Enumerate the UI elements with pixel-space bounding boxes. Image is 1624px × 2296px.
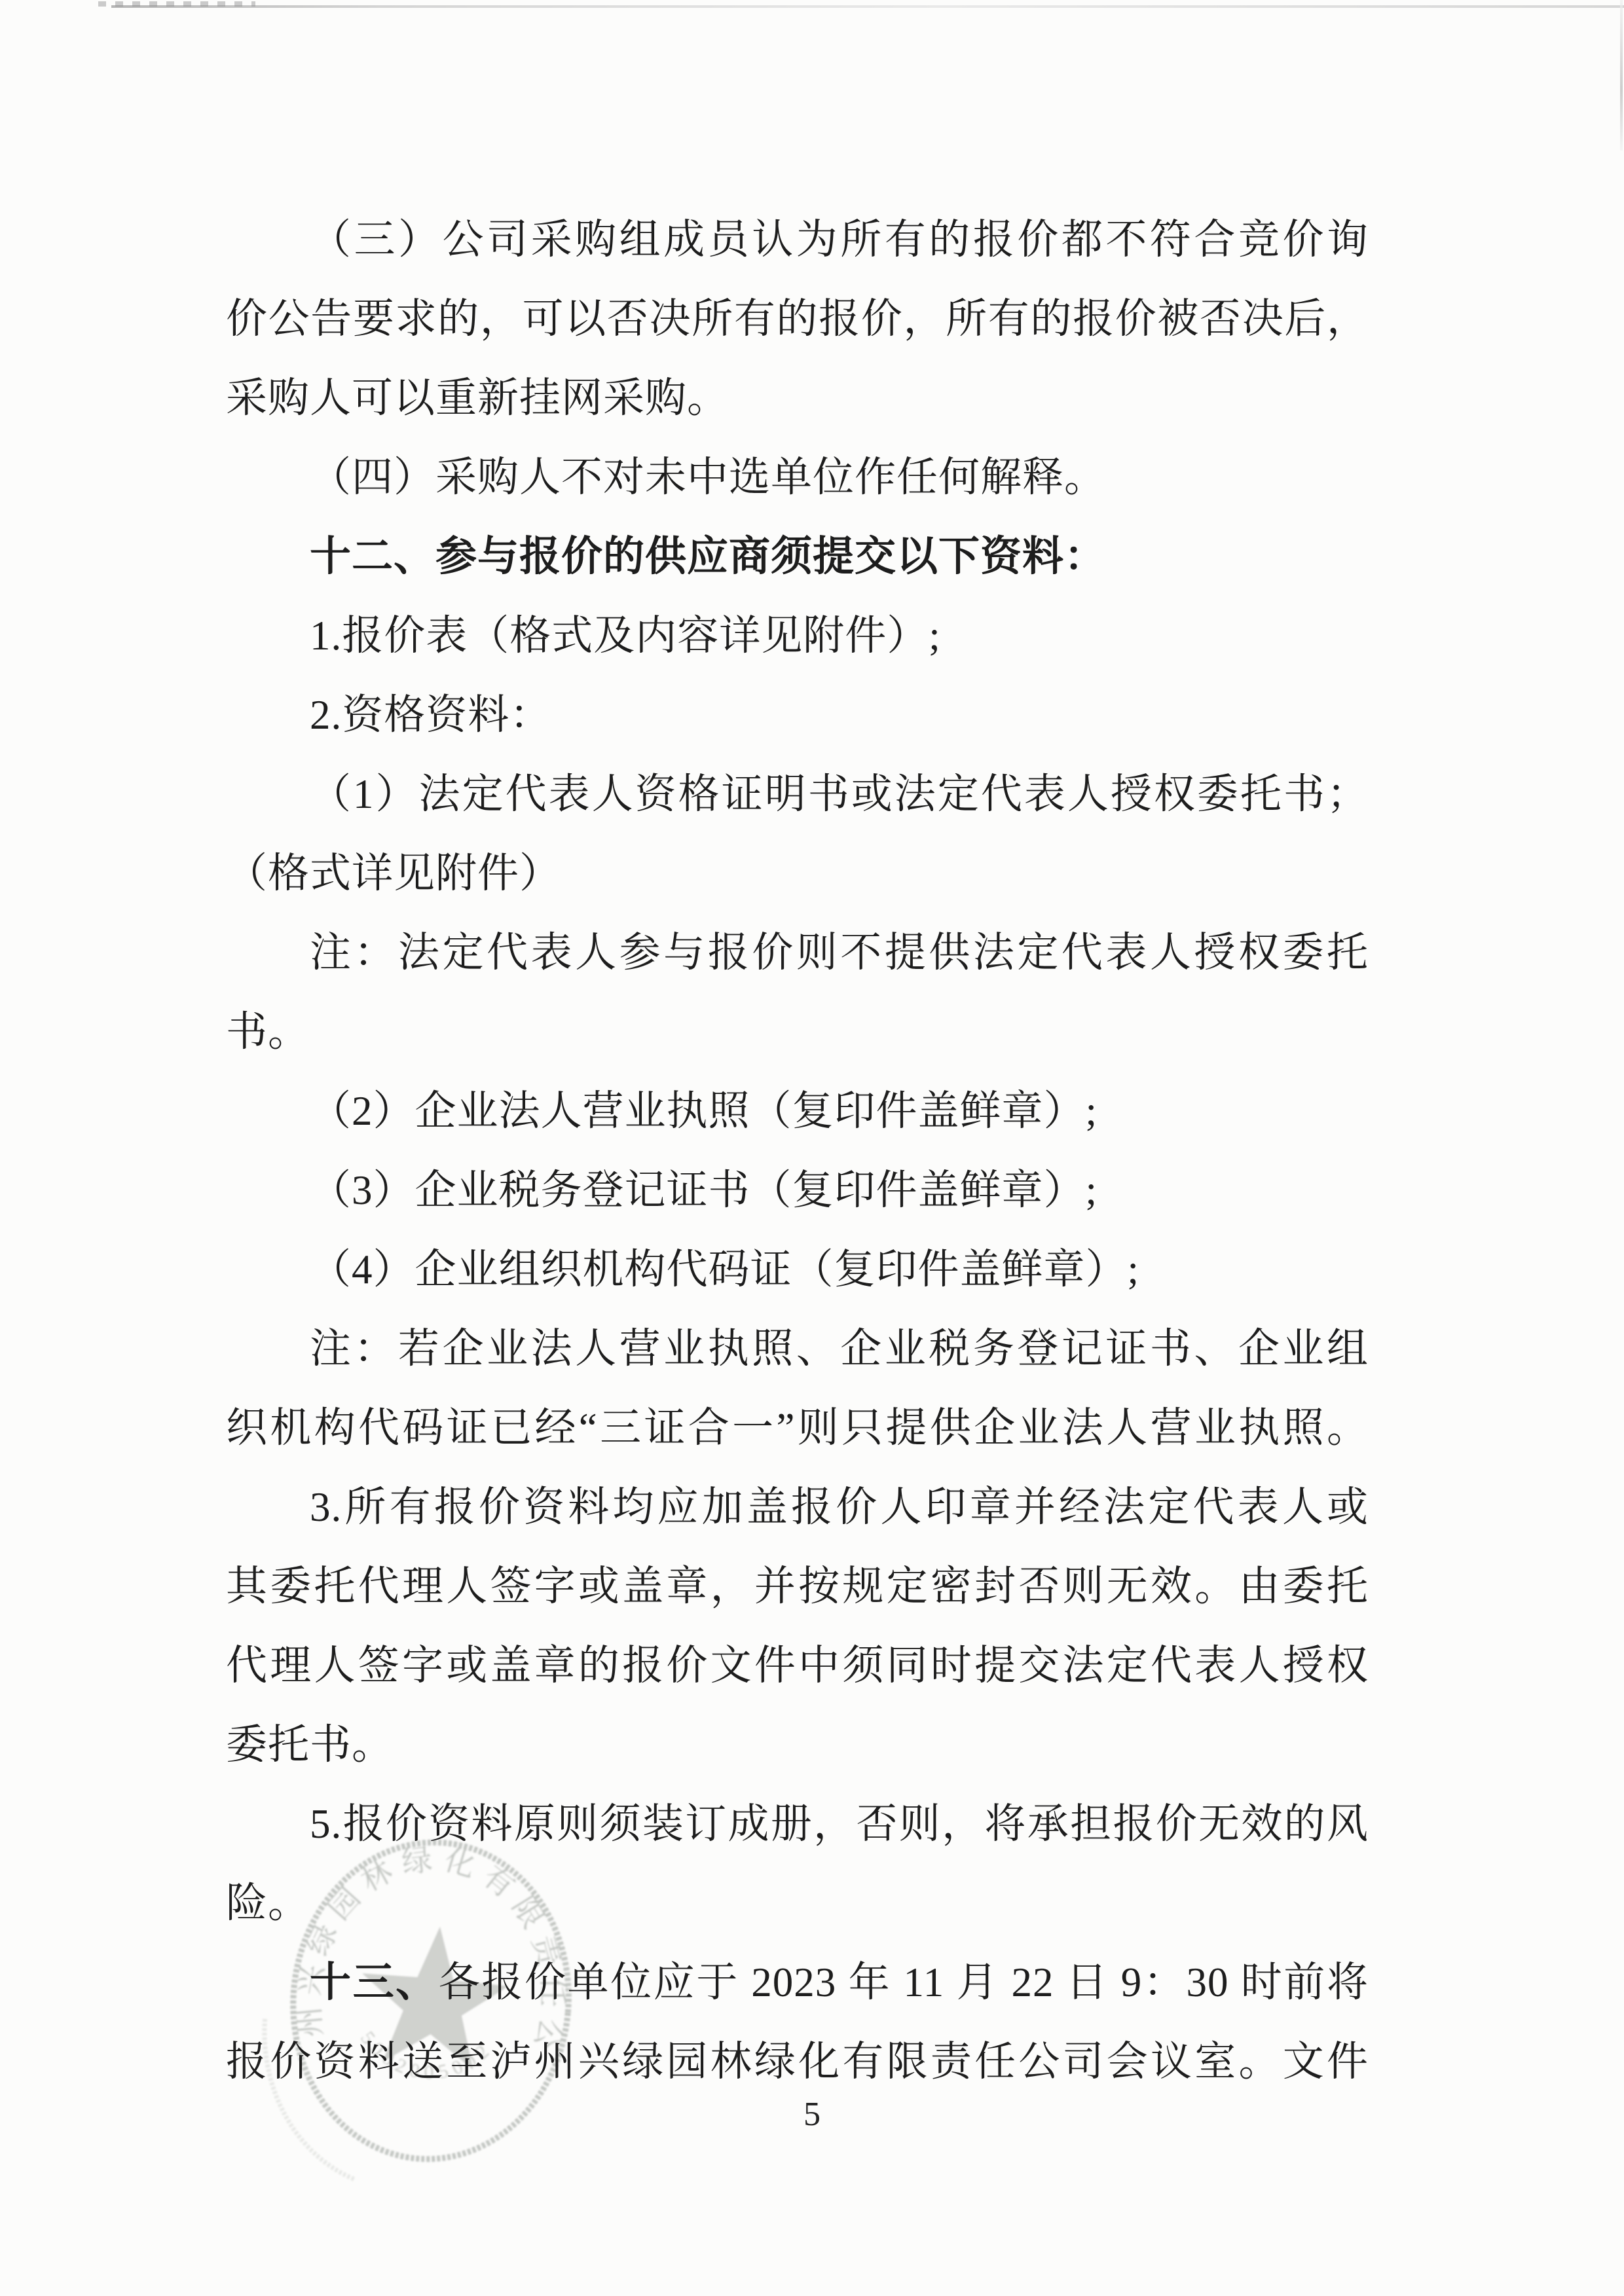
text-block: （三）公司采购组成员认为所有的报价都不符合竞价询价公告要求的，可以否决所有的报价… (226, 200, 1369, 2102)
text-line: 十二、参与报价的供应商须提交以下资料： (226, 517, 1369, 596)
text-line: 注：法定代表人参与报价则不提供法定代表人授权委托 (226, 913, 1369, 993)
scan-artifact-noise (98, 1, 255, 7)
text-line: 报价资料送至泸州兴绿园林绿化有限责任公司会议室。文件 (226, 2022, 1369, 2102)
text-line: （4）企业组织机构代码证（复印件盖鲜章）; (226, 1230, 1369, 1309)
text-line: （三）公司采购组成员认为所有的报价都不符合竞价询 (226, 200, 1369, 280)
text-line: （3）企业税务登记证书（复印件盖鲜章）; (226, 1151, 1369, 1230)
text-line: 其委托代理人签字或盖章，并按规定密封否则无效。由委托 (226, 1547, 1369, 1626)
text-line: 注：若企业法人营业执照、企业税务登记证书、企业组 (226, 1309, 1369, 1389)
text-line: 采购人可以重新挂网采购。 (226, 359, 1369, 438)
text-line: （四）采购人不对未中选单位作任何解释。 (226, 438, 1369, 517)
text-line: 2.资格资料： (226, 676, 1369, 755)
text-line: 5.报价资料原则须装订成册，否则，将承担报价无效的风 (226, 1785, 1369, 1864)
text-line: （格式详见附件） (226, 834, 1369, 913)
text-line: 险。 (226, 1864, 1369, 1943)
text-line: 织机构代码证已经“三证合一”则只提供企业法人营业执照。 (226, 1389, 1369, 1468)
text-segment: 各报价单位应于 2023 年 11 月 22 日 9：30 时前将 (439, 1959, 1369, 2005)
scan-artifact-top-line (111, 5, 1624, 8)
text-line: 委托书。 (226, 1705, 1369, 1785)
text-line: 价公告要求的，可以否决所有的报价，所有的报价被否决后， (226, 280, 1369, 359)
text-line: （2）企业法人营业执照（复印件盖鲜章）; (226, 1072, 1369, 1151)
text-segment-bold: 十三、 (310, 1959, 439, 2005)
scan-artifact-right-edge (1620, 0, 1623, 151)
text-line: 1.报价表（格式及内容详见附件）; (226, 596, 1369, 676)
text-line: 书。 (226, 993, 1369, 1072)
text-line: 3.所有报价资料均应加盖报价人印章并经法定代表人或 (226, 1468, 1369, 1547)
text-line: （1）法定代表人资格证明书或法定代表人授权委托书； (226, 755, 1369, 834)
text-line: 十三、各报价单位应于 2023 年 11 月 22 日 9：30 时前将 (226, 1943, 1369, 2022)
document-page: 泸州兴绿园林绿化有限责任公司 5002005002 （三）公司采购组成员认为所有… (0, 0, 1624, 2296)
page-number: 5 (0, 2095, 1624, 2134)
text-line: 代理人签字或盖章的报价文件中须同时提交法定代表人授权 (226, 1626, 1369, 1705)
